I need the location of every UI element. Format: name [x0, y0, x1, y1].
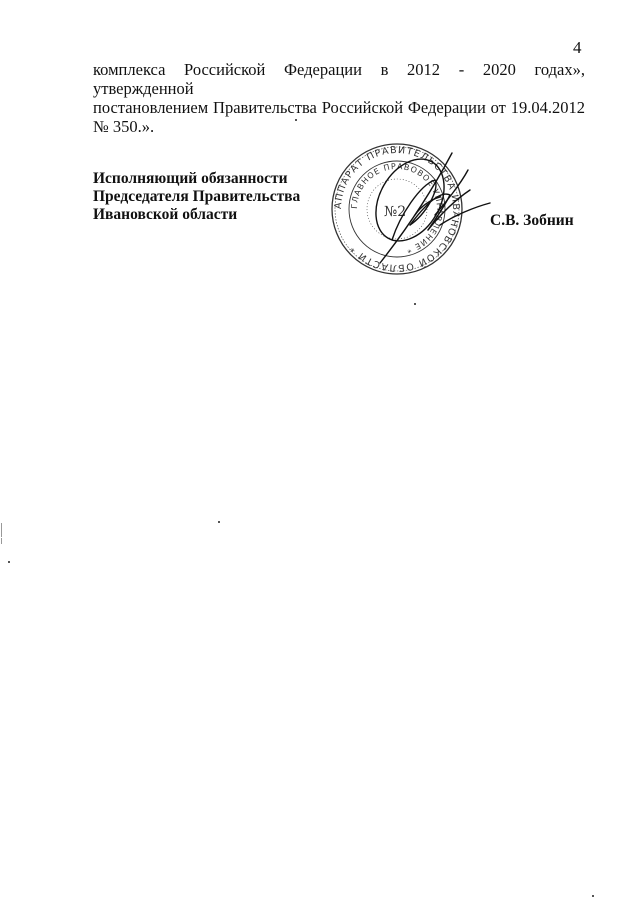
- scan-speck: [295, 119, 297, 121]
- page-number: 4: [573, 38, 582, 58]
- scan-edge-mark: [1, 538, 2, 544]
- signatory-title: Исполняющий обязанности Председателя Пра…: [93, 170, 300, 224]
- scan-speck: [414, 303, 416, 305]
- signatory-title-line: Исполняющий обязанности: [93, 170, 300, 188]
- handwritten-signature-icon: [340, 145, 500, 265]
- signatory-title-line: Ивановской области: [93, 206, 300, 224]
- scan-speck: [592, 895, 594, 897]
- body-line: постановлением Правительства Российской …: [93, 98, 585, 117]
- body-line: № 350.».: [93, 117, 585, 136]
- body-paragraph: комплекса Российской Федерации в 2012 - …: [93, 60, 585, 136]
- signatory-title-line: Председателя Правительства: [93, 188, 300, 206]
- scan-speck: [8, 561, 10, 563]
- signer-name: С.В. Зобнин: [490, 212, 574, 230]
- body-line: комплекса Российской Федерации в 2012 - …: [93, 60, 585, 98]
- scan-speck: [218, 521, 220, 523]
- scan-edge-mark: [1, 523, 2, 537]
